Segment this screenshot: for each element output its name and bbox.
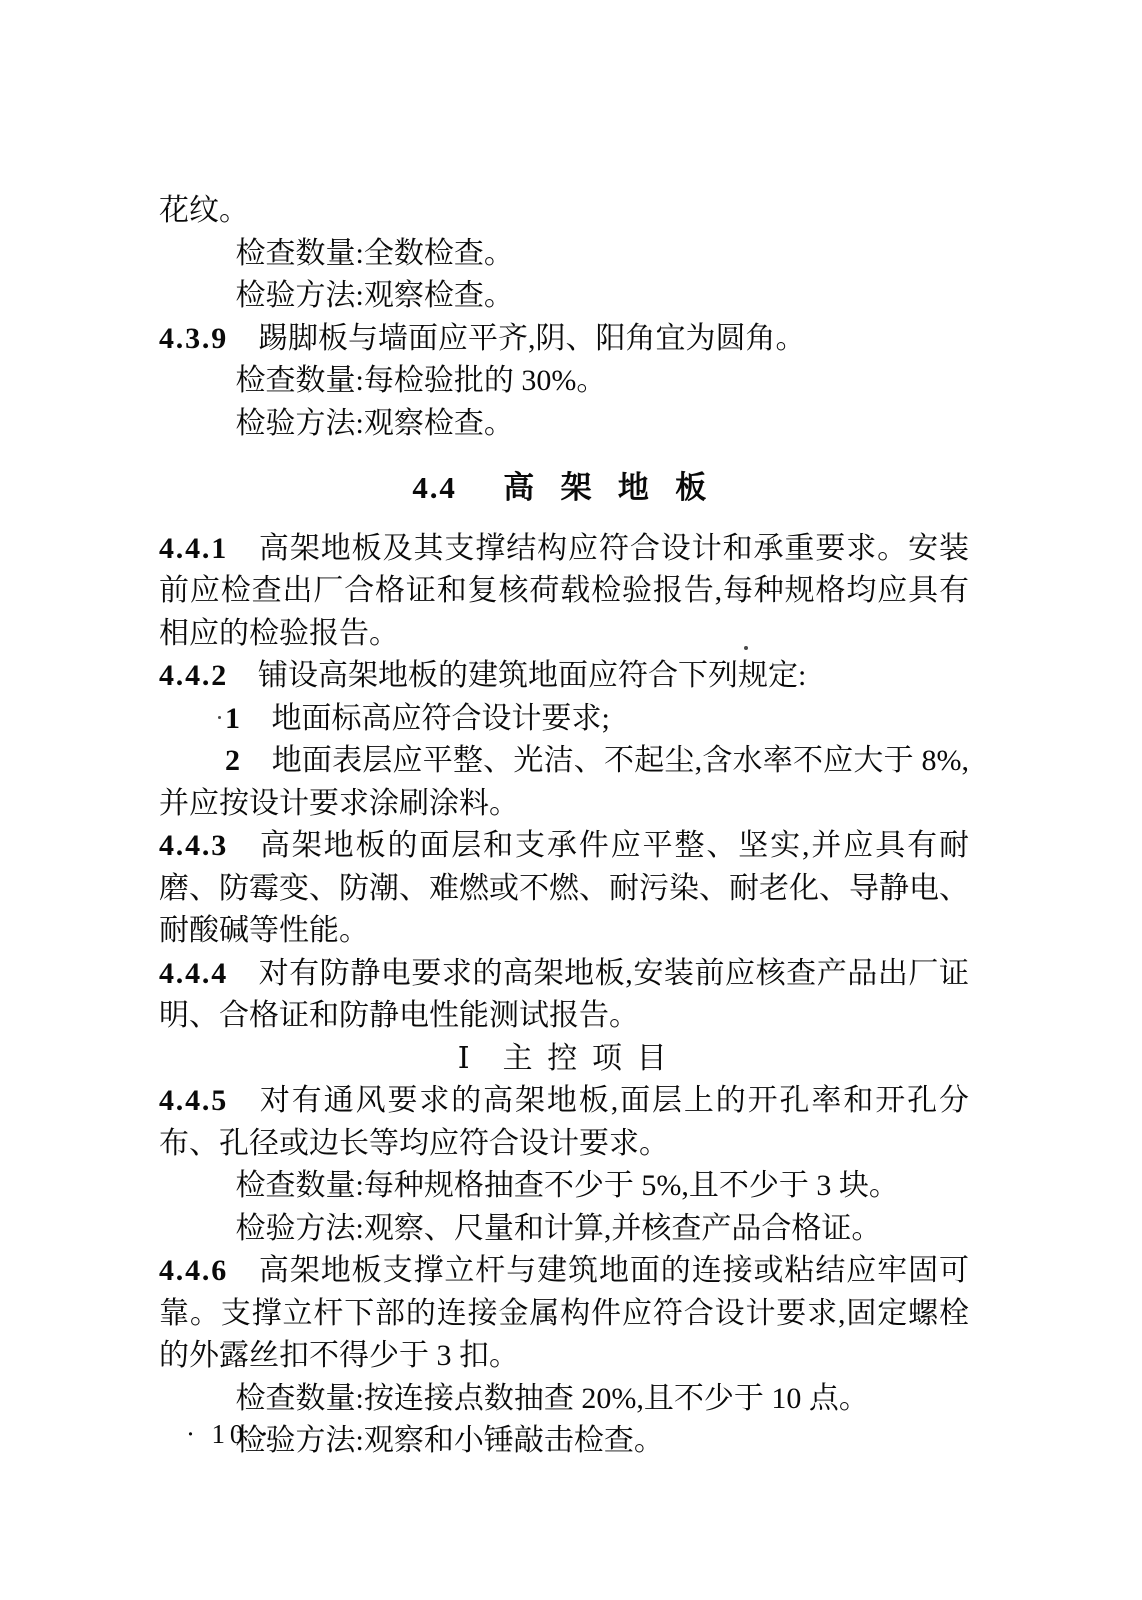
check-method-line: 检验方法:观察和小锤敲击检查。 <box>159 1420 969 1463</box>
clause-4-4-5: 4.4.5对有通风要求的高架地板,面层上的开孔率和开孔分布、孔径或边长等均应符合… <box>159 1080 969 1165</box>
section-title: 高 架 地 板 <box>503 470 715 505</box>
clause-text: 高架地板及其支撑结构应符合设计和承重要求。安装前应检查出厂合格证和复核荷载检验报… <box>159 532 969 650</box>
check-quantity-line: 检查数量:全数检查。 <box>159 233 969 276</box>
subitem-text: 地面表层应平整、光洁、不起尘,含水率不应大于 8%,并应按设计要求涂刷涂料。 <box>159 744 969 820</box>
clause-number: 4.4.3 <box>159 829 228 862</box>
clause-text: 高架地板的面层和支承件应平整、坚实,并应具有耐磨、防霉变、防潮、难燃或不燃、耐污… <box>159 829 969 947</box>
paragraph-continuation: 花纹。 <box>159 190 969 233</box>
subsection-numeral: Ⅰ <box>458 1042 470 1075</box>
clause-number: 4.4.5 <box>159 1084 228 1117</box>
check-method-line: 检验方法:观察检查。 <box>159 403 969 446</box>
subitem-number: 1 <box>225 702 240 735</box>
clause-number: 4.4.1 <box>159 532 228 565</box>
clause-text: 高架地板支撑立杆与建筑地面的连接或粘结应牢固可靠。支撑立杆下部的连接金属构件应符… <box>159 1254 969 1372</box>
scan-speck <box>744 646 748 650</box>
clause-number: 4.4.4 <box>159 957 228 990</box>
clause-number: 4.4.2 <box>159 659 228 692</box>
page-number: · 10 · <box>186 1416 274 1452</box>
section-number: 4.4 <box>412 470 456 505</box>
subitem-1: 1地面标高应符合设计要求; <box>159 698 969 741</box>
check-quantity-line: 检查数量:每检验批的 30%。 <box>159 360 969 403</box>
clause-number: 4.3.9 <box>159 322 228 355</box>
clause-4-4-2: 4.4.2铺设高架地板的建筑地面应符合下列规定: <box>159 655 969 698</box>
scan-speck <box>889 1107 892 1110</box>
check-quantity-line: 检查数量:按连接点数抽查 20%,且不少于 10 点。 <box>159 1378 969 1421</box>
section-heading-4-4: 4.4高 架 地 板 <box>159 467 969 510</box>
clause-number: 4.4.6 <box>159 1254 228 1287</box>
subsection-title: 主 控 项 目 <box>503 1042 671 1075</box>
clause-text: 对有防静电要求的高架地板,安装前应核查产品出厂证明、合格证和防静电性能测试报告。 <box>159 957 969 1033</box>
subitem-number: 2 <box>225 744 240 777</box>
clause-4-4-4: 4.4.4对有防静电要求的高架地板,安装前应核查产品出厂证明、合格证和防静电性能… <box>159 953 969 1038</box>
document-page: 花纹。 检查数量:全数检查。 检验方法:观察检查。 4.3.9踢脚板与墙面应平齐… <box>0 0 1142 1600</box>
clause-text: 踢脚板与墙面应平齐,阴、阳角宜为圆角。 <box>258 322 806 355</box>
scan-speck <box>218 716 221 719</box>
check-quantity-line: 检查数量:每种规格抽查不少于 5%,且不少于 3 块。 <box>159 1165 969 1208</box>
check-method-line: 检验方法:观察、尺量和计算,并核查产品合格证。 <box>159 1208 969 1251</box>
subitem-2: 2地面表层应平整、光洁、不起尘,含水率不应大于 8%,并应按设计要求涂刷涂料。 <box>159 740 969 825</box>
check-method-line: 检验方法:观察检查。 <box>159 275 969 318</box>
clause-4-4-1: 4.4.1高架地板及其支撑结构应符合设计和承重要求。安装前应检查出厂合格证和复核… <box>159 528 969 656</box>
clause-text: 对有通风要求的高架地板,面层上的开孔率和开孔分布、孔径或边长等均应符合设计要求。 <box>159 1084 969 1160</box>
subsection-heading-main-control: Ⅰ主 控 项 目 <box>159 1038 969 1081</box>
clause-4-4-3: 4.4.3高架地板的面层和支承件应平整、坚实,并应具有耐磨、防霉变、防潮、难燃或… <box>159 825 969 953</box>
clause-4-4-6: 4.4.6高架地板支撑立杆与建筑地面的连接或粘结应牢固可靠。支撑立杆下部的连接金… <box>159 1250 969 1378</box>
document-body: 花纹。 检查数量:全数检查。 检验方法:观察检查。 4.3.9踢脚板与墙面应平齐… <box>159 190 969 1463</box>
clause-4-3-9: 4.3.9踢脚板与墙面应平齐,阴、阳角宜为圆角。 <box>159 318 969 361</box>
clause-text: 铺设高架地板的建筑地面应符合下列规定: <box>258 659 806 692</box>
subitem-text: 地面标高应符合设计要求; <box>272 702 610 735</box>
